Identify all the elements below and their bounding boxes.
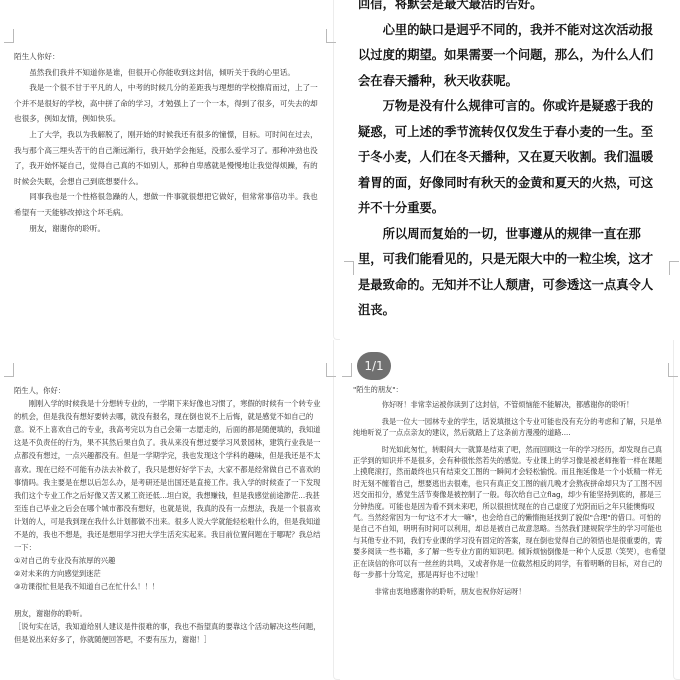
crop-mark-top-left [342, 363, 352, 377]
list-item: ③功课很忙但是我不知道自己在忙什么！！！ [14, 580, 324, 593]
paragraph: 我是一个很不甘于平凡的人，中考的时候几分的差距我与理想的学校擦肩而过，上了一个并… [14, 80, 324, 127]
page-edge [673, 340, 680, 680]
document-page-4: "陌生的朋友"： 你好呀！非常幸运被你读到了这封信，不管烦恼能不能解决，都感谢你… [340, 340, 680, 680]
crop-mark-top-left [4, 363, 14, 377]
greeting: "陌生的朋友"： [353, 384, 666, 395]
page-1-body: 陌生人你好： 虽然我们我并不知道你是谁，但很开心你能收到这封信，倾听关于我的心里… [14, 49, 324, 236]
crop-mark-top-right [326, 363, 336, 377]
paragraph: 同事我也是一个性格很急躁的人，想做一件事就很想把它做好，但常常事倍功半。我也希望… [14, 189, 324, 220]
paragraph: 万物是没有什么规律可言的。你或许是疑惑于我的疑惑，可上述的季节流转仅仅发生于春小… [358, 94, 662, 222]
page-3-body: 陌生人，你好： 刚刚入学的时候我是十分想转专业的，一学期下来好像也习惯了，寒假的… [14, 384, 324, 646]
greeting: 陌生人，你好： [14, 384, 324, 397]
crop-mark-bottom-left [344, 261, 354, 275]
document-page-3: 陌生人，你好： 刚刚入学的时候我是十分想转专业的，一学期下来好像也习惯了，寒假的… [0, 340, 340, 680]
paragraph: 刚刚入学的时候我是十分想转专业的，一学期下来好像也习惯了，寒假的时候有一个转专业… [14, 397, 324, 554]
paragraph: 时光如此匆忙，转眼间大一就算是结束了吧，然而回顾这一年的学习经历，却发现自己真正… [353, 444, 666, 581]
paragraph: 上了大学，我以为我解脱了，刚开始的时候我还有很多的憧憬，目标。可时间在过去，我与… [14, 127, 324, 189]
paragraph: 所以周而复始的一切，世事遵从的规律一直在那里，可我们能看见的，只是无限大中的一粒… [358, 222, 662, 324]
crop-mark-top-right [668, 363, 678, 377]
crop-mark-top-left [4, 29, 14, 43]
crop-mark-top-right [326, 29, 336, 43]
cut-off-line: 回信，将默会是最大最活的告好。 [358, 0, 662, 18]
page-edge [333, 340, 340, 680]
paragraph: 朋友，谢谢你的聆听。 [14, 221, 324, 237]
page-2-body: 回信，将默会是最大最活的告好。 心里的缺口是迥乎不同的，我并不能对这次活动报以过… [358, 0, 662, 324]
note: ［说句实在话，我知道给别人建议是件很难的事，我也不指望真的要靠这个活动解决这些问… [14, 620, 324, 646]
page-counter-badge: 1/1 [357, 352, 391, 380]
paragraph: 你好呀！非常幸运被你读到了这封信，不管烦恼能不能解决，都感谢你的聆听！ [353, 399, 666, 410]
crop-mark-bottom-right [669, 261, 679, 275]
page-4-body: "陌生的朋友"： 你好呀！非常幸运被你读到了这封信，不管烦恼能不能解决，都感谢你… [353, 384, 666, 602]
list-item: ②对未来的方向感觉到迷茫 [14, 567, 324, 580]
closing: 朋友，谢谢你的聆听。 [14, 607, 324, 620]
document-page-2: 回信，将默会是最大最活的告好。 心里的缺口是迥乎不同的，我并不能对这次活动报以过… [340, 0, 680, 340]
document-page-1: 陌生人你好： 虽然我们我并不知道你是谁，但很开心你能收到这封信，倾听关于我的心里… [0, 0, 340, 340]
paragraph: 虽然我们我并不知道你是谁，但很开心你能收到这封信，倾听关于我的心里话。 [14, 65, 324, 81]
paragraph: 非常由衷地感谢你的聆听，朋友也祝你好运呀！ [353, 586, 666, 597]
page-edge [333, 0, 340, 340]
list-item: ①对自己的专业没有浓厚的兴趣 [14, 554, 324, 567]
paragraph: 我是一位大一园林专业的学生，话说填报这个专业可能也没有充分的考虑和了解，只是单纯… [353, 416, 666, 439]
paragraph: 心里的缺口是迥乎不同的，我并不能对这次活动报以过度的期望。如果需要一个问题，那么… [358, 18, 662, 95]
greeting: 陌生人你好： [14, 49, 324, 65]
